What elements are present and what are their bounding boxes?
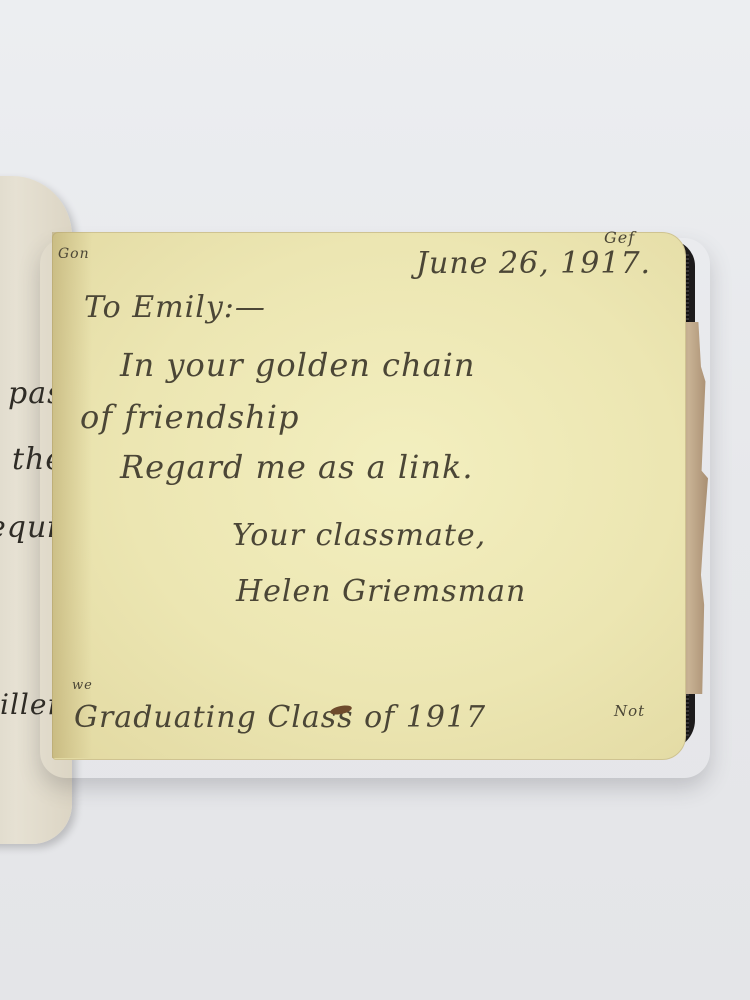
verse-line: Regard me as a link. [120,448,474,486]
verse-line: of friendship [80,398,299,436]
footer-line: Graduating Class of 1917 [74,700,486,735]
signature: Helen Griemsman [236,574,526,609]
inscription-date: June 26, 1917. [416,246,651,281]
footer-annotation: Not [614,702,645,720]
closing: Your classmate, [232,518,486,553]
date-annotation: Gef [604,228,635,247]
verse-line: In your golden chain [120,346,475,384]
salutation: To Emily:— [84,290,266,325]
corner-note: Gon [58,246,90,262]
footer-prefix: we [72,678,93,693]
